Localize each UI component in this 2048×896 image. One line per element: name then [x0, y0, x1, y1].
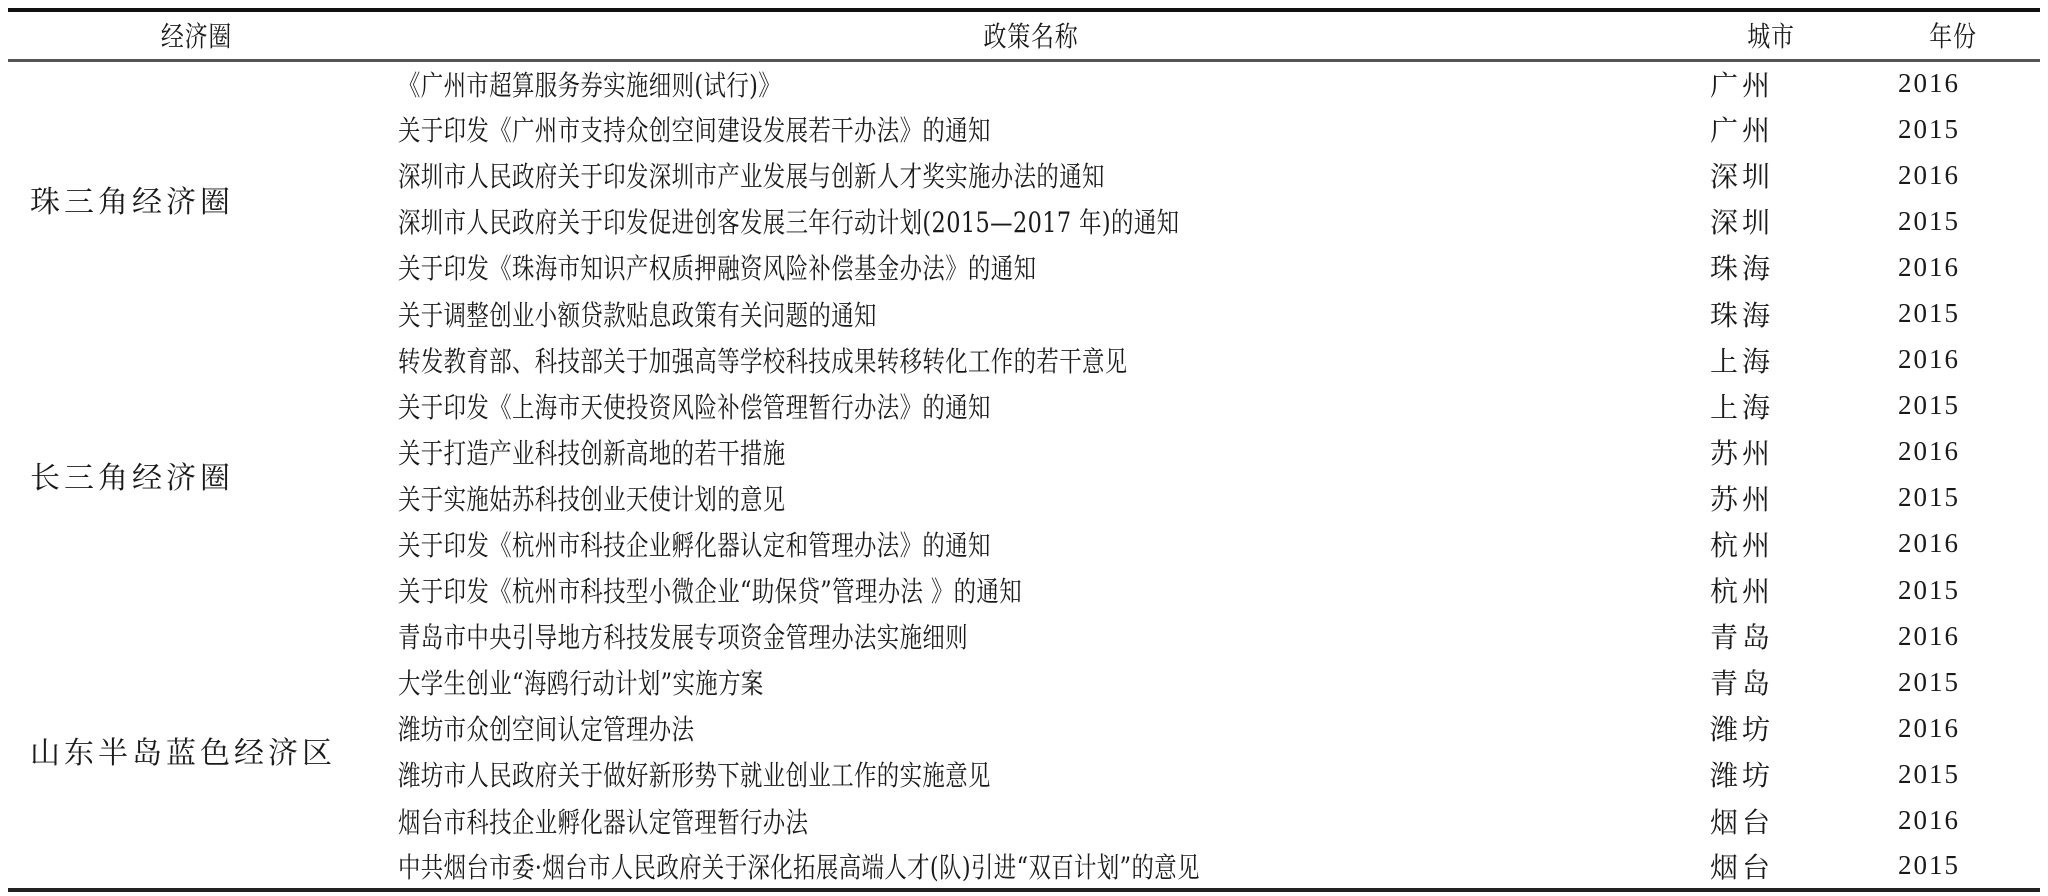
- policy-table: 经济圈 政策名称 城市 年份 珠三角经济圈《广州市超算服务券实施细则(试行)》广…: [8, 8, 2040, 892]
- policy-cell: 关于打造产业科技创新高地的若干措施: [386, 429, 1676, 475]
- policy-name: 大学生创业“海鸥行动计划”实施方案: [398, 662, 764, 702]
- policy-name: 潍坊市人民政府关于做好新形势下就业创业工作的实施意见: [398, 754, 991, 794]
- city-cell: 珠海: [1676, 244, 1866, 290]
- table-header: 经济圈 政策名称 城市 年份: [8, 10, 2040, 60]
- table-row: 长三角经济圈转发教育部、科技部关于加强高等学校科技成果转移转化工作的若干意见上海…: [8, 337, 2040, 383]
- year-cell: 2016: [1866, 429, 2040, 475]
- year-cell: 2016: [1866, 244, 2040, 290]
- year-cell: 2015: [1866, 844, 2040, 890]
- policy-cell: 关于印发《广州市支持众创空间建设发展若干办法》的通知: [386, 106, 1676, 152]
- policy-name: 青岛市中央引导地方科技发展专项资金管理办法实施细则: [398, 616, 968, 656]
- header-city: 城市: [1676, 10, 1866, 60]
- policy-name: 烟台市科技企业孵化器认定管理暂行办法: [398, 801, 808, 841]
- table-body: 珠三角经济圈《广州市超算服务券实施细则(试行)》广州2016关于印发《广州市支持…: [8, 60, 2040, 890]
- city-cell: 广州: [1676, 60, 1866, 106]
- policy-name: 关于印发《杭州市科技企业孵化器认定和管理办法》的通知: [398, 524, 991, 564]
- year-cell: 2015: [1866, 198, 2040, 244]
- city-cell: 潍坊: [1676, 705, 1866, 751]
- city-cell: 珠海: [1676, 290, 1866, 336]
- policy-cell: 关于印发《上海市天使投资风险补偿管理暂行办法》的通知: [386, 383, 1676, 429]
- header-region-label: 经济圈: [161, 15, 232, 55]
- policy-cell: 青岛市中央引导地方科技发展专项资金管理办法实施细则: [386, 613, 1676, 659]
- city-cell: 杭州: [1676, 521, 1866, 567]
- policy-name: 关于打造产业科技创新高地的若干措施: [398, 432, 786, 472]
- city-cell: 深圳: [1676, 198, 1866, 244]
- city-cell: 杭州: [1676, 567, 1866, 613]
- header-region: 经济圈: [8, 10, 386, 60]
- policy-table-container: 经济圈 政策名称 城市 年份 珠三角经济圈《广州市超算服务券实施细则(试行)》广…: [8, 8, 2040, 892]
- year-cell: 2016: [1866, 798, 2040, 844]
- city-cell: 上海: [1676, 337, 1866, 383]
- policy-name: 关于印发《广州市支持众创空间建设发展若干办法》的通知: [398, 109, 991, 149]
- policy-name: 转发教育部、科技部关于加强高等学校科技成果转移转化工作的若干意见: [398, 340, 1128, 380]
- table-row: 山东半岛蓝色经济区青岛市中央引导地方科技发展专项资金管理办法实施细则青岛2016: [8, 613, 2040, 659]
- city-cell: 深圳: [1676, 152, 1866, 198]
- year-cell: 2016: [1866, 705, 2040, 751]
- policy-name: 中共烟台市委·烟台市人民政府关于深化拓展高端人才(队)引进“双百计划”的意见: [398, 846, 1200, 886]
- year-cell: 2015: [1866, 290, 2040, 336]
- policy-cell: 深圳市人民政府关于印发促进创客发展三年行动计划(2015—2017 年)的通知: [386, 198, 1676, 244]
- policy-name: 《广州市超算服务券实施细则(试行)》: [398, 64, 781, 104]
- city-cell: 上海: [1676, 383, 1866, 429]
- policy-cell: 关于实施姑苏科技创业天使计划的意见: [386, 475, 1676, 521]
- policy-name: 潍坊市众创空间认定管理办法: [398, 708, 694, 748]
- city-cell: 广州: [1676, 106, 1866, 152]
- year-cell: 2015: [1866, 567, 2040, 613]
- policy-cell: 关于调整创业小额贷款贴息政策有关问题的通知: [386, 290, 1676, 336]
- year-cell: 2016: [1866, 60, 2040, 106]
- header-city-label: 城市: [1747, 15, 1795, 55]
- policy-cell: 潍坊市人民政府关于做好新形势下就业创业工作的实施意见: [386, 751, 1676, 797]
- policy-cell: 关于印发《珠海市知识产权质押融资风险补偿基金办法》的通知: [386, 244, 1676, 290]
- year-cell: 2015: [1866, 106, 2040, 152]
- policy-cell: 深圳市人民政府关于印发深圳市产业发展与创新人才奖实施办法的通知: [386, 152, 1676, 198]
- region-cell: 珠三角经济圈: [8, 60, 386, 337]
- policy-name: 关于印发《珠海市知识产权质押融资风险补偿基金办法》的通知: [398, 247, 1036, 287]
- policy-cell: 关于印发《杭州市科技型小微企业“助保贷”管理办法 》的通知: [386, 567, 1676, 613]
- table-row: 珠三角经济圈《广州市超算服务券实施细则(试行)》广州2016: [8, 60, 2040, 106]
- policy-cell: 潍坊市众创空间认定管理办法: [386, 705, 1676, 751]
- header-policy: 政策名称: [386, 10, 1676, 60]
- year-cell: 2015: [1866, 383, 2040, 429]
- policy-cell: 转发教育部、科技部关于加强高等学校科技成果转移转化工作的若干意见: [386, 337, 1676, 383]
- policy-cell: 中共烟台市委·烟台市人民政府关于深化拓展高端人才(队)引进“双百计划”的意见: [386, 844, 1676, 890]
- header-policy-label: 政策名称: [983, 15, 1078, 55]
- policy-cell: 《广州市超算服务券实施细则(试行)》: [386, 60, 1676, 106]
- header-row: 经济圈 政策名称 城市 年份: [8, 10, 2040, 60]
- region-cell: 山东半岛蓝色经济区: [8, 613, 386, 890]
- year-cell: 2016: [1866, 521, 2040, 567]
- policy-cell: 烟台市科技企业孵化器认定管理暂行办法: [386, 798, 1676, 844]
- city-cell: 烟台: [1676, 798, 1866, 844]
- city-cell: 潍坊: [1676, 751, 1866, 797]
- year-cell: 2015: [1866, 475, 2040, 521]
- year-cell: 2016: [1866, 337, 2040, 383]
- city-cell: 青岛: [1676, 659, 1866, 705]
- policy-name: 深圳市人民政府关于印发深圳市产业发展与创新人才奖实施办法的通知: [398, 155, 1105, 195]
- year-cell: 2016: [1866, 152, 2040, 198]
- city-cell: 苏州: [1676, 475, 1866, 521]
- city-cell: 青岛: [1676, 613, 1866, 659]
- region-cell: 长三角经济圈: [8, 337, 386, 614]
- policy-cell: 关于印发《杭州市科技企业孵化器认定和管理办法》的通知: [386, 521, 1676, 567]
- header-year: 年份: [1866, 10, 2040, 60]
- policy-name: 关于印发《杭州市科技型小微企业“助保贷”管理办法 》的通知: [398, 570, 1022, 610]
- policy-name: 关于实施姑苏科技创业天使计划的意见: [398, 478, 786, 518]
- policy-name: 深圳市人民政府关于印发促进创客发展三年行动计划(2015—2017 年)的通知: [398, 201, 1179, 241]
- header-year-label: 年份: [1929, 15, 1977, 55]
- year-cell: 2015: [1866, 751, 2040, 797]
- policy-name: 关于调整创业小额贷款贴息政策有关问题的通知: [398, 294, 877, 334]
- year-cell: 2015: [1866, 659, 2040, 705]
- policy-cell: 大学生创业“海鸥行动计划”实施方案: [386, 659, 1676, 705]
- year-cell: 2016: [1866, 613, 2040, 659]
- policy-name: 关于印发《上海市天使投资风险补偿管理暂行办法》的通知: [398, 386, 991, 426]
- city-cell: 烟台: [1676, 844, 1866, 890]
- city-cell: 苏州: [1676, 429, 1866, 475]
